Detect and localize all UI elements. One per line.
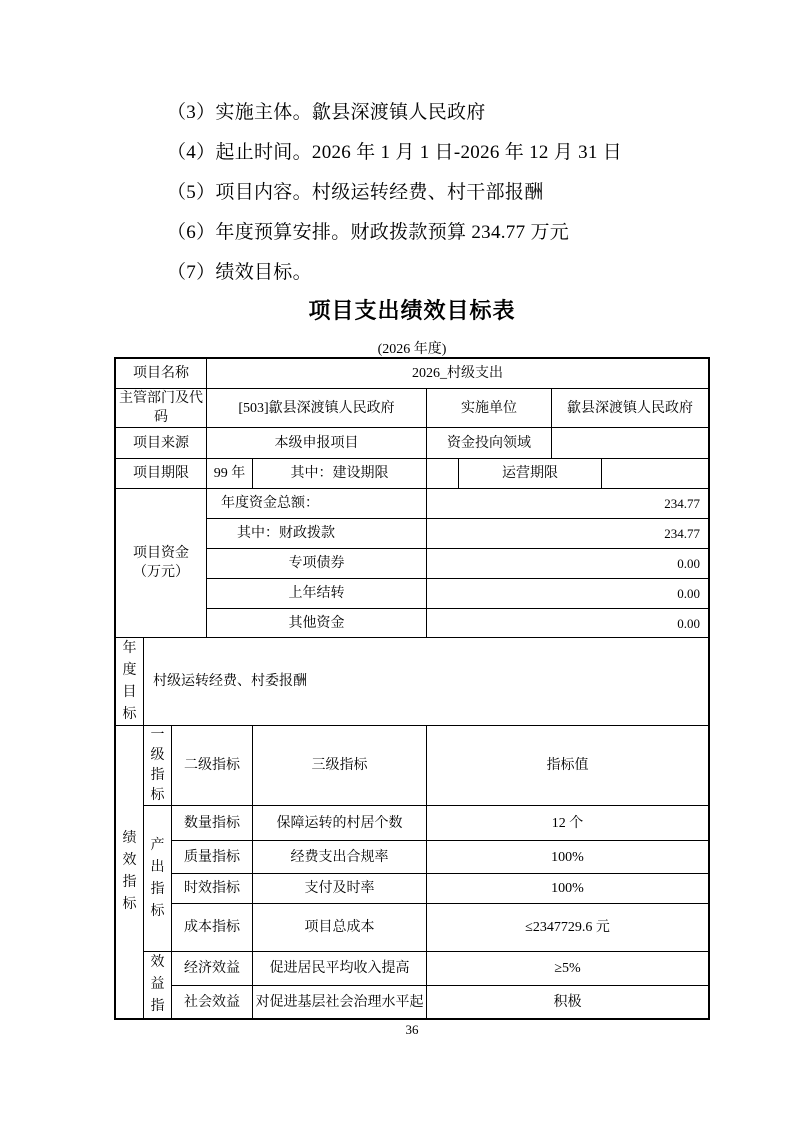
annual-goal-label: 年度目标: [116, 638, 144, 726]
numbered-list: （3）实施主体。歙县深渡镇人民政府 （4）起止时间。2026 年 1 月 1 日…: [167, 93, 622, 293]
funds-row-name: 其中：财政拨款: [207, 519, 427, 549]
perf-level2: 社会效益: [172, 986, 253, 1018]
perf-header-level1: 一级指标: [144, 726, 172, 806]
perf-level3: 经费支出合规率: [253, 841, 427, 874]
list-item-4: （4）起止时间。2026 年 1 月 1 日-2026 年 12 月 31 日: [167, 133, 622, 173]
perf-level3: 对促进基层社会治理水平起: [253, 986, 427, 1018]
impl-unit-value: 歙县深渡镇人民政府: [552, 389, 708, 428]
benefit-group-label: 效益指: [144, 952, 172, 1018]
perf-value: ≤2347729.6 元: [427, 904, 708, 952]
list-item-7: （7）绩效目标。: [167, 253, 622, 293]
perf-level3: 促进居民平均收入提高: [253, 952, 427, 986]
perf-level2: 时效指标: [172, 874, 253, 904]
fund-direction-value: [552, 428, 708, 459]
perf-level2: 经济效益: [172, 952, 253, 986]
page-number: 36: [114, 1022, 710, 1038]
period-label: 项目期限: [116, 459, 207, 489]
funds-row-name: 专项债券: [207, 549, 427, 579]
perf-header-level2: 二级指标: [172, 726, 253, 806]
dept-value: [503]歙县深渡镇人民政府: [207, 389, 427, 428]
funds-row-value: 0.00: [427, 609, 708, 638]
perf-level2: 质量指标: [172, 841, 253, 874]
output-group-label: 产出指标: [144, 806, 172, 952]
perf-level2: 数量指标: [172, 806, 253, 841]
perf-value: 积极: [427, 986, 708, 1018]
period-value: 99 年: [207, 459, 253, 489]
perf-level3: 保障运转的村居个数: [253, 806, 427, 841]
list-item-5: （5）项目内容。村级运转经费、村干部报酬: [167, 173, 622, 213]
perf-level3: 项目总成本: [253, 904, 427, 952]
perf-header-level3: 三级指标: [253, 726, 427, 806]
annual-goal-content: 村级运转经费、村委报酬: [144, 638, 708, 726]
source-value: 本级申报项目: [207, 428, 427, 459]
perf-header-value: 指标值: [427, 726, 708, 806]
project-name-label: 项目名称: [116, 359, 207, 389]
table-title: 项目支出绩效目标表: [114, 294, 710, 325]
perf-value: 12 个: [427, 806, 708, 841]
construction-period-value: [427, 459, 459, 489]
perf-label: 绩效指标: [116, 726, 144, 1018]
funds-row-value: 0.00: [427, 549, 708, 579]
dept-label: 主管部门及代码: [116, 389, 207, 428]
funds-row-value: 0.00: [427, 579, 708, 609]
construction-period-label: 其中：建设期限: [253, 459, 427, 489]
perf-value: 100%: [427, 874, 708, 904]
operation-period-value: [602, 459, 708, 489]
perf-level2: 成本指标: [172, 904, 253, 952]
operation-period-label: 运营期限: [459, 459, 602, 489]
impl-unit-label: 实施单位: [427, 389, 552, 428]
funds-row-value: 234.77: [427, 489, 708, 519]
source-label: 项目来源: [116, 428, 207, 459]
perf-value: ≥5%: [427, 952, 708, 986]
project-name-value: 2026_村级支出: [207, 359, 708, 389]
list-item-6: （6）年度预算安排。财政拨款预算 234.77 万元: [167, 213, 622, 253]
fund-direction-label: 资金投向领域: [427, 428, 552, 459]
funds-row-name: 上年结转: [207, 579, 427, 609]
list-item-3: （3）实施主体。歙县深渡镇人民政府: [167, 93, 622, 133]
perf-value: 100%: [427, 841, 708, 874]
funds-row-name: 年度资金总额：: [207, 489, 427, 519]
funds-row-value: 234.77: [427, 519, 708, 549]
funds-label: 项目资金 （万元）: [116, 489, 207, 638]
perf-level3: 支付及时率: [253, 874, 427, 904]
funds-row-name: 其他资金: [207, 609, 427, 638]
performance-target-table: 项目名称 2026_村级支出 主管部门及代码 [503]歙县深渡镇人民政府 实施…: [114, 357, 710, 1020]
table-subtitle: (2026 年度): [114, 338, 710, 358]
